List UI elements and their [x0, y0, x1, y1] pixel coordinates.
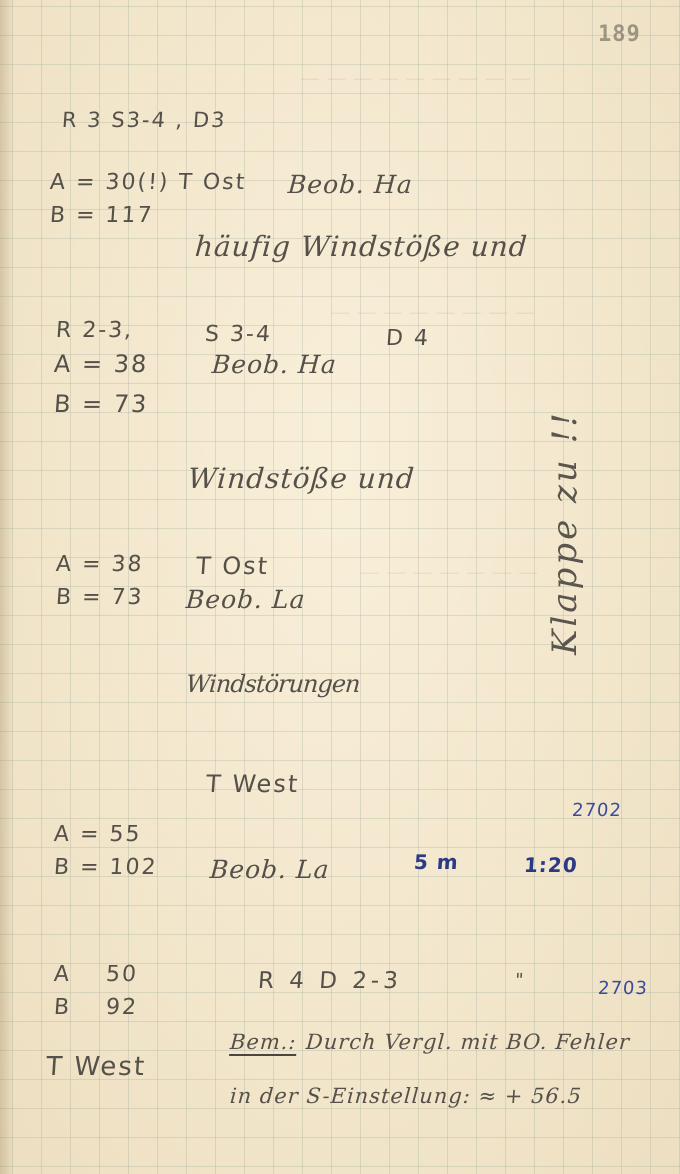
entry-5-remark-label: Bem.: — [229, 1030, 297, 1056]
entry-2-header-r: R 2-3, — [55, 318, 134, 343]
entry-4-duration: 5 m — [413, 850, 459, 874]
entry-1-b-value: B = 117 — [49, 203, 154, 228]
notebook-page: — — — — — — — — — — — — — — — — — — — — … — [0, 0, 680, 1174]
entry-4-b-value: B = 102 — [53, 855, 158, 880]
entry-3-a-value: A = 38 — [55, 552, 144, 577]
entry-5-remark-line-1: Durch Vergl. mit BO. Fehler — [305, 1030, 631, 1054]
entry-5-ditto-mark: " — [514, 970, 526, 991]
entry-5-a-value: 50 — [105, 962, 139, 987]
entry-1-note: häufig Windstöße und — [194, 230, 529, 263]
entry-4-direction: T West — [205, 770, 300, 798]
bleed-through-text: — — — — — — — — [360, 560, 538, 584]
entry-5-direction: T West — [45, 1052, 147, 1082]
entry-4-observer: Beob. La — [209, 855, 331, 884]
entry-2-observer: Beob. Ha — [211, 350, 338, 379]
entry-4-a-value: A = 55 — [53, 822, 142, 847]
bleed-through-text: — — — — — — — — — [330, 300, 535, 324]
entry-2-note: Windstöße und — [187, 462, 416, 495]
page-number: 189 — [598, 22, 641, 47]
entry-4-ref-number: 2702 — [571, 800, 622, 821]
entry-5-b-value: 92 — [105, 995, 139, 1020]
entry-1-header: R 3 S3-4 , D3 — [61, 108, 227, 132]
entry-5-remark-line-2: in der S-Einstellung: ≈ + 56.5 — [229, 1084, 583, 1108]
entry-3-b-value: B = 73 — [55, 585, 144, 610]
bleed-through-text: — — — — — — — — — — [300, 66, 531, 90]
entry-3-note: Windstörungen — [185, 670, 361, 698]
entry-1-observer: Beob. Ha — [287, 170, 414, 199]
entry-5-a-label: A — [53, 962, 72, 987]
entry-4-ratio: 1:20 — [523, 853, 578, 877]
margin-note-vertical: Klappe zu !! — [545, 410, 585, 655]
entry-2-b-value: B = 73 — [53, 390, 149, 418]
entry-2-a-value: A = 38 — [53, 350, 149, 378]
entry-2-header-s: S 3-4 — [204, 322, 273, 347]
entry-5-b-label: B — [53, 995, 72, 1020]
entry-5-ref-number: 2703 — [597, 978, 648, 999]
entry-3-direction: T Ost — [195, 552, 270, 580]
entry-2-header-d: D 4 — [385, 326, 431, 351]
entry-3-observer: Beob. La — [185, 585, 307, 614]
entry-5-header: R 4 D 2-3 — [257, 968, 403, 994]
entry-1-a-value: A = 30(!) T Ost — [49, 170, 247, 195]
